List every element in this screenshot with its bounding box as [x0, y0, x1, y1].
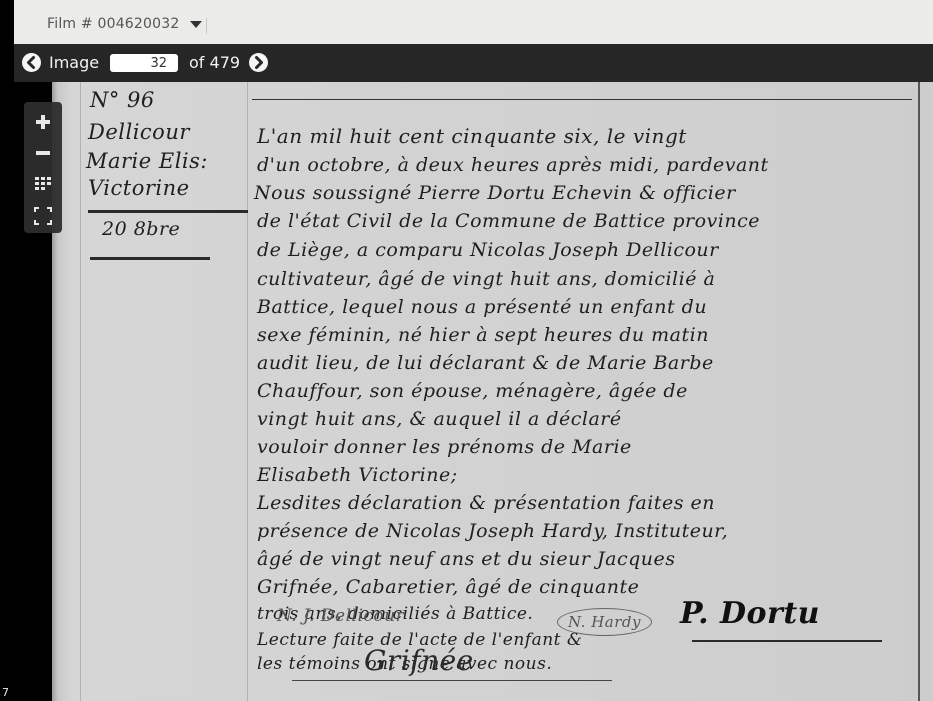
plus-icon [33, 113, 53, 131]
signature-flourish [292, 680, 612, 681]
fullscreen-icon [33, 206, 53, 226]
top-rule [252, 99, 912, 100]
signature-witness-grifnee: Grifnée [364, 644, 474, 677]
chevron-right-circle-icon [249, 53, 268, 72]
zoom-controls [24, 102, 62, 233]
signature-witness-hardy: N. Hardy [557, 608, 652, 636]
chevron-left-circle-icon [22, 53, 41, 72]
record-line: audit lieu, de lui déclarant & de Marie … [257, 352, 714, 374]
fullscreen-button[interactable] [24, 199, 62, 229]
image-number-input[interactable] [110, 54, 178, 72]
signature-father: N. J. Dellicour [277, 606, 404, 626]
zoom-in-button[interactable] [24, 106, 62, 136]
record-line: présence de Nicolas Joseph Hardy, Instit… [257, 520, 728, 542]
record-number: N° 96 [90, 88, 155, 112]
record-line: Battice, lequel nous a présenté un enfan… [257, 296, 707, 318]
record-line: Grifnée, Cabaretier, âgé de cinquante [257, 576, 639, 598]
page-corner-number: 7 [2, 686, 9, 699]
margin-rule [80, 82, 81, 701]
divider [206, 18, 207, 34]
margin-rule [247, 82, 248, 701]
record-line: âgé de vingt neuf ans et du sieur Jacque… [257, 548, 676, 570]
margin-surname: Dellicour [88, 120, 190, 144]
record-line: Nous soussigné Pierre Dortu Echevin & of… [254, 182, 736, 204]
margin-given-names-1: Marie Elis: [86, 149, 208, 173]
film-viewer-app: Film # 004620032 Image of 479 N° 96 De [0, 0, 933, 701]
scanned-record-image[interactable]: N° 96 Dellicour Marie Elis: Victorine 20… [52, 82, 933, 701]
record-line: Lesdites déclaration & présentation fait… [257, 492, 715, 514]
document-viewer[interactable]: N° 96 Dellicour Marie Elis: Victorine 20… [0, 82, 933, 701]
record-line: Elisabeth Victorine; [257, 464, 458, 486]
margin-divider [88, 210, 248, 213]
record-line: de l'état Civil de la Commune de Battice… [257, 210, 760, 232]
record-line: L'an mil huit cent cinquante six, le vin… [257, 124, 687, 148]
record-line: d'un octobre, à deux heures après midi, … [257, 154, 769, 176]
zoom-out-button[interactable] [24, 137, 62, 167]
minus-icon [33, 144, 53, 162]
margin-divider [90, 257, 210, 260]
record-line: de Liège, a comparu Nicolas Joseph Delli… [257, 239, 719, 261]
record-line: cultivateur, âgé de vingt huit ans, domi… [257, 268, 715, 290]
film-number-label: Film # 004620032 [47, 16, 179, 32]
page-edge-rule [918, 82, 920, 701]
caret-down-icon[interactable] [190, 21, 202, 28]
signature-flourish [692, 640, 882, 642]
previous-image-button[interactable] [22, 53, 41, 72]
record-line: vouloir donner les prénoms de Marie [257, 436, 632, 458]
margin-given-names-2: Victorine [88, 176, 190, 200]
record-line: sexe féminin, né hier à sept heures du m… [257, 324, 709, 346]
record-line: Chauffour, son épouse, ménagère, âgée de [257, 380, 688, 402]
next-image-button[interactable] [249, 53, 268, 72]
film-bar: Film # 004620032 [14, 0, 933, 44]
image-total-label: of 479 [189, 53, 240, 72]
margin-date: 20 8bre [102, 218, 180, 240]
image-nav-bar: Image of 479 [14, 44, 933, 82]
record-line: vingt huit ans, & auquel il a déclaré [257, 408, 622, 430]
image-label: Image [49, 53, 99, 72]
grid-view-button[interactable] [24, 168, 62, 198]
signature-officer: P. Dortu [680, 596, 820, 631]
grid-icon [33, 175, 53, 193]
